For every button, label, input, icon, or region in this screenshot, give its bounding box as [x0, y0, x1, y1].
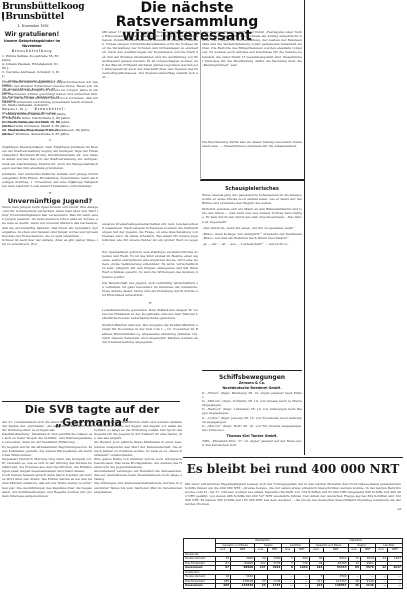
page-right-rule — [304, 0, 305, 455]
shipping-table-wrap: Westwärts Ostwärts Gesamt und Reise Segl… — [183, 538, 403, 589]
table-body: Deutsche:Tanker-Verkehr20200020120053009… — [184, 552, 403, 588]
svb-para: Die Sitzungen und Kameradschaftsabende w… — [94, 481, 182, 493]
ship-entry: TMS. „Elisabeth Erie“ 27. 10. Algier pas… — [202, 439, 302, 447]
ship-entry: D. „Hödur“ (Kapt. Bamberg) 28. 10. Algie… — [202, 391, 302, 399]
table-cell: 222 — [309, 584, 324, 589]
table-cell: 205 — [216, 584, 231, 589]
table-cell: 23 — [255, 584, 267, 589]
divider-mark: ∞ — [2, 190, 98, 195]
ratsversammlung-col-1: Mit einer 17 Punkte umfassenden Tagesord… — [102, 30, 198, 220]
column-rule-2 — [200, 30, 201, 180]
section-rule-svb — [2, 401, 180, 402]
schauspiel-para-3: „Das Glück ist, wenn für einen, der ihn … — [202, 226, 302, 230]
svb-col-2: sind. Die vielen Segelfahrten zieht und … — [94, 420, 182, 494]
article-title: Wir gratulieren! — [2, 31, 62, 39]
table-cell: — — [294, 584, 309, 589]
svb-col-1: Am 27. versammelten sich die alten Wikin… — [2, 420, 92, 498]
ship-entry: D. „Mittum“ (Kapt. Schmidt) 28. 10. von … — [202, 399, 302, 407]
shipping-table: Westwärts Ostwärts Gesamt und Reise Segl… — [183, 538, 403, 589]
table-cell: 2146 — [360, 584, 375, 589]
sparen-para-3: Die Bereitschaft der Jugend, sich vernün… — [102, 281, 198, 297]
jubilaeum-note-1: 25jähriges Dienstjubiläum. Sein 25jährig… — [2, 145, 98, 170]
article-schiffsbewegungen: Schiffsbewegungen Zerssen & Co. Norddeut… — [202, 374, 302, 447]
ship-entry: D. „Lyrtus“ (Kapt. Jensen) 28. 10. von S… — [202, 416, 302, 424]
svb-para: Eine ganze Reihe von Punkten wurde noch … — [94, 457, 182, 469]
row-label: Zusammen: — [184, 584, 216, 589]
svb-para: Als Redner Jock gehörte Klaus Kühlmann i… — [94, 440, 182, 456]
ratsversammlung-col-2b: Die Bevölkerung dürfte also an dieser Si… — [202, 140, 302, 148]
masthead-title-line2: Brunsbüttel — [2, 12, 64, 22]
table-cell: — — [375, 584, 387, 589]
article-subtitle: Unsere Geburtstagskinder im November — [2, 39, 62, 49]
schauspiel-para-2: Plötzlich wendete sich ein Mann an den B… — [202, 207, 302, 223]
masthead: Brunsbüttelkoog Brunsbüttel 1. November … — [2, 2, 64, 28]
jugend-para-end: Schwer ist auch hier der Anfang. Aber es… — [2, 238, 98, 246]
svb-para: Segelwart Heinrich Mertens trug dann das… — [2, 457, 92, 473]
table-cell: 143839 — [231, 584, 255, 589]
masthead-title-line1: Brunsbüttelkoog — [2, 2, 64, 12]
nrt-article: Mit einer erfreulichen Regelmäßigkeit be… — [185, 482, 401, 511]
section-rule-2 — [202, 370, 302, 371]
middle-column-lower: unseren Kreisarbeitsgemeinschaften mit d… — [102, 222, 198, 344]
news-note-kraftstoff: Kraftstoffkarten abholen. Die Ausgabe de… — [102, 323, 198, 343]
svb-para: Noch kamen Siebeln sprach dann Jakob Joa… — [2, 473, 92, 498]
issue-date: 1. November 1956 — [2, 24, 64, 28]
schauspiel-para-5: „Ja ... der ... ist ... aus ... Leidensc… — [202, 242, 302, 246]
table-cell: 130557 — [324, 584, 348, 589]
news-note-handschuhe: Lederhandschuhe gestohlen. Dem Stäbbäcke… — [102, 308, 198, 320]
coat-of-arms-icon — [2, 12, 4, 22]
article-schauspiel: Schauspielerisches Eines Abends ging der… — [202, 186, 302, 246]
sparen-para-2: Zur Sparsamkeit gehören sein ständiges v… — [102, 250, 198, 279]
sparen-para-1: unseren Kreisarbeitsgemeinschaften mit d… — [102, 222, 198, 250]
svb-para: Am 27. versammelten sich die alten Wikin… — [2, 420, 92, 432]
ship-entry: D. „Mercur“ (Kapt. Hoff) 28. 10. von Rio… — [202, 424, 302, 432]
ship-entry: D. „Radbod“ (Kapt. Lehmann) 28. 10. von … — [202, 407, 302, 415]
ratsversammlung-col-2-wrap: eine Berufsvertretung dürfte der Punkt „… — [202, 30, 302, 148]
table-corner — [184, 539, 216, 553]
section-rule — [200, 179, 304, 181]
table-cell: 36 — [348, 584, 360, 589]
table-cell: — — [282, 584, 294, 589]
jugend-title: Unvernünftige Jugend? — [2, 197, 98, 205]
ratsversammlung-col-2: eine Berufsvertretung dürfte der Punkt „… — [202, 30, 302, 140]
birthday-list-2: 1. Minna Stöhner, Kanalstr. 14, 80 Jahre… — [2, 112, 98, 137]
nrt-headline: Es bleibt bei rund 400 000 NRT — [183, 462, 403, 476]
jugend-para: Wenn man Jungen beim Spiel zusieht und m… — [2, 205, 98, 238]
gratulation-continued: Unter diesen Geburtstagskindern beglückw… — [2, 80, 98, 246]
table-row: Zusammen:205143839231745——22213055736214… — [184, 584, 403, 589]
table-cell: 1745 — [267, 584, 282, 589]
divider-mark-2: ∞ — [102, 300, 198, 305]
svb-para: Kapitänskleidung. Tabakrauch und gemütli… — [2, 432, 92, 444]
nrt-sign: wf — [185, 507, 401, 511]
divider-star: * — [2, 138, 98, 143]
column-rule — [66, 30, 67, 90]
schauspiel-title: Schauspielerisches — [202, 186, 302, 193]
section-rule-nrt — [183, 457, 403, 458]
svb-para: Abschließend vereinigte ein Rundlied die… — [94, 469, 182, 481]
gratulation-para: Unter diesen Geburtstagskindern beglückw… — [2, 80, 98, 105]
schauspiel-para-1: Eines Abends ging der passionierte Schau… — [202, 193, 302, 205]
jubilaeum-note-2: Jubiläum. Der landwirtschaftliche Gehilf… — [2, 172, 98, 188]
schiff-title: Schiffsbewegungen — [202, 374, 302, 381]
svb-para: sind. Die vielen Segelfahrten zieht und … — [94, 420, 182, 440]
svb-para: Es begann wurde die altbekannten Begrüßu… — [2, 445, 92, 457]
table-cell: — — [388, 584, 403, 589]
schauspiel-para-4: „Bravo, mein Kollege, nur abzüglich!“ er… — [202, 232, 302, 240]
nrt-para: Mit einer erfreulichen Regelmäßigkeit be… — [185, 482, 401, 507]
